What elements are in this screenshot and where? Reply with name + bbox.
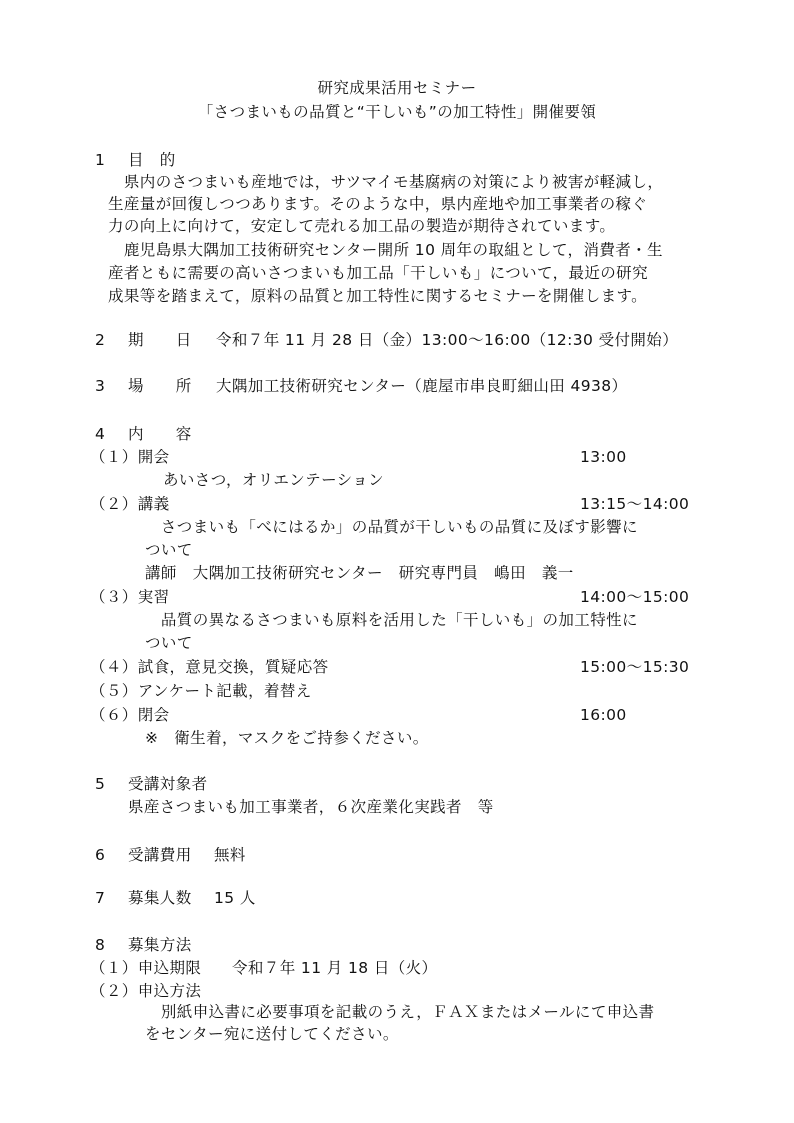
program-item-label: （２）講義 [90,494,170,514]
lecturer-info: 講師 大隅加工技術研究センター 研究専門員 嶋田 義一 [145,563,574,583]
method-label: （２）申込方法 [90,981,201,1001]
section-heading: 目 的 [128,150,176,170]
paragraph-line: 生産量が回復しつつあります。そのような中，県内産地や加工事業者の稼ぐ [108,194,647,214]
program-item-detail: あいさつ，オリエンテーション [163,470,384,490]
section-number: 8 [95,935,105,955]
section-heading: 募集人数 [128,888,192,908]
paragraph-line: 成果等を踏まえて，原料の品質と加工特性に関するセミナーを開催します。 [108,286,647,306]
document-title-line1: 研究成果活用セミナー [0,78,794,98]
section-heading: 募集方法 [128,935,192,955]
program-item-label: （６）閉会 [90,705,170,725]
method-text: 別紙申込書に必要事項を記載のうえ，ＦＡＸまたはメールにて申込書 [145,1002,654,1022]
method-text: をセンター宛に送付してください。 [145,1024,399,1044]
note-text: ※ 衛生着，マスクをご持参ください。 [145,728,429,748]
capacity-value: 15 人 [214,888,256,908]
program-item-label: （３）実習 [90,587,170,607]
program-item-time: 15:00～15:30 [580,657,689,677]
program-item-label: （４）試食，意見交換，質疑応答 [90,657,329,677]
program-item-detail: ついて [145,540,193,560]
section-number: 3 [95,376,105,396]
fee-value: 無料 [214,845,246,865]
section-number: 1 [95,150,105,170]
paragraph-line: 鹿児島県大隅加工技術研究センター開所 10 周年の取組として，消費者・生 [108,240,663,260]
section-heading: 受講費用 [128,845,192,865]
program-item-detail: 品質の異なるさつまいも原料を活用した「干しいも」の加工特性に [145,610,638,630]
section-heading: 内 容 [128,424,192,444]
program-item-label: （５）アンケート記載，着替え [90,681,312,701]
paragraph-line: 力の向上に向けて，安定して売れる加工品の製造が期待されています。 [108,216,615,236]
program-item-time: 13:15～14:00 [580,494,689,514]
program-item-time: 14:00～15:00 [580,587,689,607]
section-number: 4 [95,424,105,444]
deadline-value: 令和７年 11 月 18 日（火） [232,958,437,978]
paragraph-line: 産者ともに需要の高いさつまいも加工品「干しいも」について，最近の研究 [108,263,648,283]
section-number: 2 [95,330,105,350]
section-number: 5 [95,774,105,794]
section-heading: 期 日 [128,330,192,350]
program-item-time: 16:00 [580,705,627,725]
event-date: 令和７年 11 月 28 日（金）13:00～16:00（12:30 受付開始） [216,330,678,350]
section-number: 7 [95,888,105,908]
event-venue: 大隅加工技術研究センター（鹿屋市串良町細山田 4938） [216,376,627,396]
section-heading: 場 所 [128,376,192,396]
section-number: 6 [95,845,105,865]
target-audience: 県産さつまいも加工事業者，６次産業化実践者 等 [128,797,494,817]
paragraph-line: 県内のさつまいも産地では，サツマイモ基腐病の対策により被害が軽減し， [108,172,663,192]
section-heading: 受講対象者 [128,774,208,794]
program-item-detail: ついて [145,633,193,653]
program-item-detail: さつまいも「べにはるか」の品質が干しいもの品質に及ぼす影響に [145,517,638,537]
program-item-label: （１）開会 [90,447,170,467]
program-item-time: 13:00 [580,447,627,467]
deadline-label: （１）申込期限 [90,958,201,978]
document-title-line2: 「さつまいもの品質と“干しいも”の加工特性」開催要領 [0,102,794,122]
